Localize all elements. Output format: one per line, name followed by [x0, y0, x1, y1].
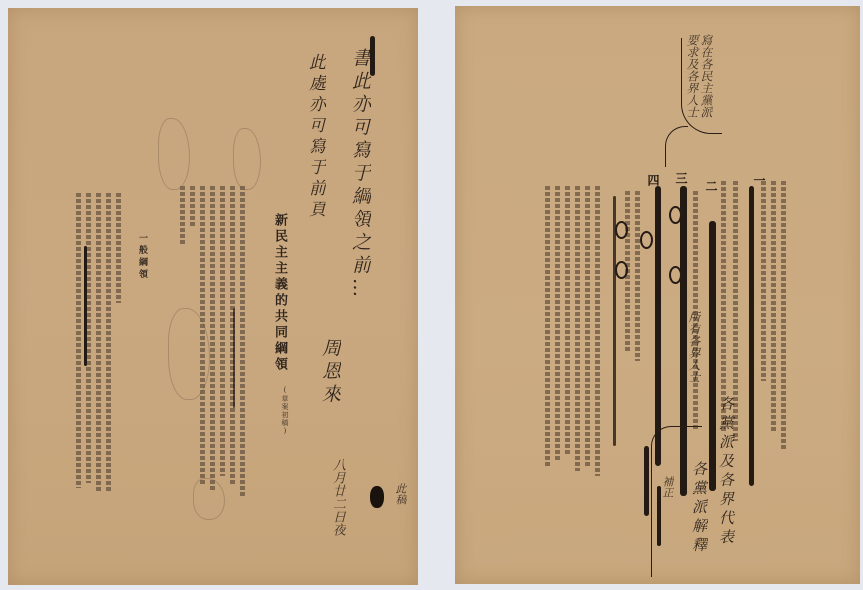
text-column — [116, 193, 121, 303]
ink-redaction — [655, 186, 661, 466]
pencil-mark — [193, 478, 225, 520]
text-column — [781, 181, 786, 451]
section-heading: 一般綱領 — [136, 233, 149, 281]
pencil-mark — [233, 128, 261, 190]
ink-blot — [370, 486, 384, 508]
text-column — [565, 186, 570, 456]
text-column — [96, 193, 101, 493]
left-manuscript-page: 新民主主義的共同綱領 (草案初稿) 一般綱領 書此亦可寫于綱領之前… 此處亦可寫… — [8, 8, 418, 585]
text-column — [771, 181, 776, 431]
text-column — [595, 186, 600, 476]
handwritten-signature: 周恩來 — [318, 338, 342, 428]
document-title: 新民主主義的共同綱領 — [270, 213, 289, 373]
ink-redaction — [644, 446, 649, 516]
article-numeral: 二 — [703, 180, 720, 192]
annotation-bracket — [681, 38, 722, 134]
text-column — [575, 186, 580, 471]
ink-redaction — [749, 186, 754, 486]
handwritten-margin-note: 所有各界人士 — [687, 311, 701, 431]
handwritten-note-secondary: 此處亦可寫于前頁 — [303, 53, 327, 333]
pencil-mark — [158, 118, 190, 190]
document-subtitle: (草案初稿) — [280, 386, 290, 436]
text-column — [761, 181, 766, 381]
ink-stroke — [370, 36, 375, 76]
ink-circle — [669, 266, 682, 284]
text-column — [585, 186, 590, 466]
text-column — [106, 193, 111, 493]
margin-note: 此稿 — [393, 483, 407, 505]
text-column — [635, 191, 640, 361]
ink-circle — [640, 231, 653, 249]
text-column — [180, 186, 185, 246]
text-column — [76, 193, 81, 488]
ink-circle — [669, 206, 682, 224]
article-numeral: 三 — [673, 172, 690, 184]
text-column — [545, 186, 550, 466]
ink-circle — [615, 261, 628, 279]
right-manuscript-page: 寫在各民主黨派要求及各界人士 一 二 三 四 所有各界人士 各黨派及各界代表 各… — [455, 6, 860, 584]
article-numeral: 四 — [645, 174, 662, 186]
text-column — [721, 181, 726, 431]
text-column — [240, 186, 245, 496]
text-column — [220, 186, 225, 476]
text-column — [190, 186, 195, 226]
ink-circle — [615, 221, 628, 239]
handwritten-date: 八月廿二日夜 — [330, 458, 344, 568]
annotation-bracket — [651, 426, 702, 577]
annotation-connector — [665, 126, 688, 167]
ink-redaction — [709, 221, 716, 491]
handwritten-note: 書此亦可寫于綱領之前… — [348, 48, 372, 568]
text-column — [210, 186, 215, 491]
bottom-handwritten-note: 各黨派及各界代表 — [717, 396, 735, 576]
ink-underline — [233, 308, 235, 408]
ink-underline — [84, 246, 87, 366]
text-column — [555, 186, 560, 461]
